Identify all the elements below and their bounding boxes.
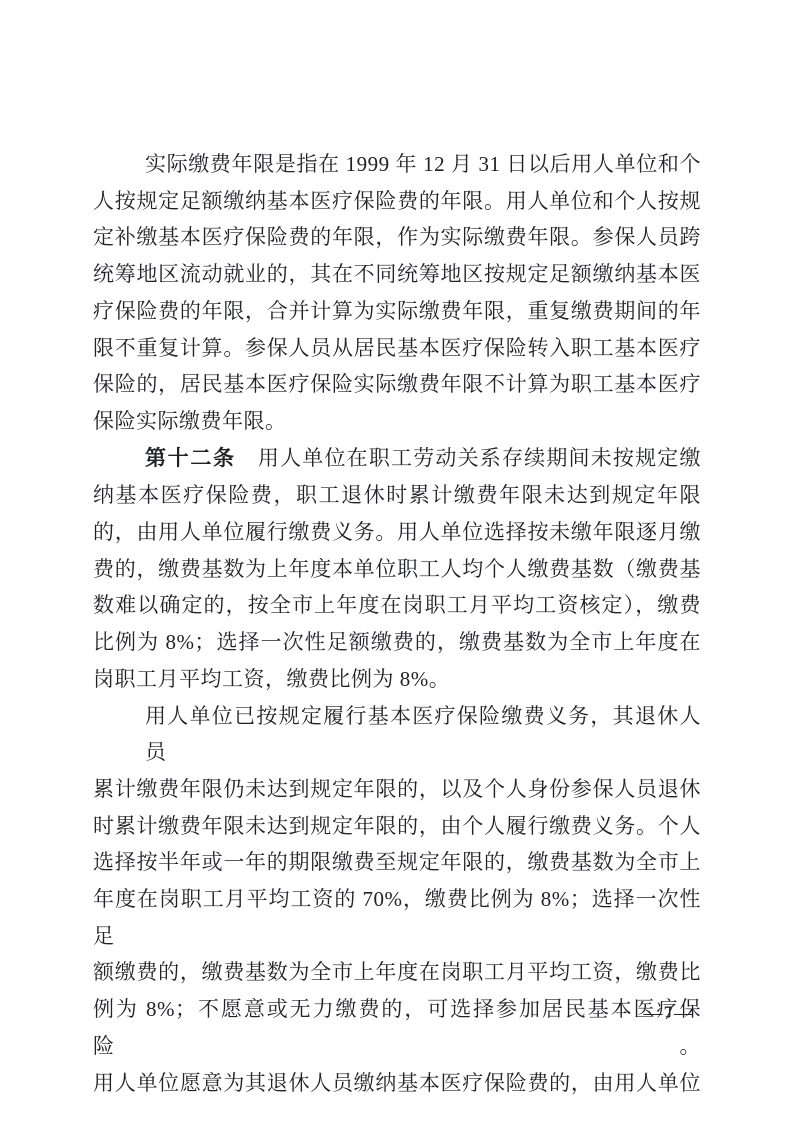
text-line: 时累计缴费年限未达到规定年限的，由个人履行缴费义务。个人 xyxy=(93,808,701,845)
text-line: 额缴费的，缴费基数为全市上年度在岗职工月平均工资，缴费比 xyxy=(93,954,701,991)
text-line: 例为 8%；不愿意或无力缴费的，可选择参加居民基本医疗保险。 xyxy=(93,991,701,1064)
text-line: 用人单位已按规定履行基本医疗保险缴费义务，其退休人员 xyxy=(93,698,701,771)
text-line: 保险实际缴费年限。 xyxy=(93,403,701,440)
text-line: 用人单位愿意为其退休人员缴纳基本医疗保险费的，由用人单位 xyxy=(93,1065,701,1102)
text-line: 费的，缴费基数为上年度本单位职工人均个人缴费基数（缴费基 xyxy=(93,551,701,588)
text-line: 疗保险费的年限，合并计算为实际缴费年限，重复缴费期间的年 xyxy=(93,293,701,330)
text-line: 比例为 8%；选择一次性足额缴费的，缴费基数为全市上年度在 xyxy=(93,624,701,661)
document-body: 实际缴费年限是指在 1999 年 12 月 31 日以后用人单位和个 人按规定足… xyxy=(93,146,701,1101)
paragraph-employer-fulfilled-obligation: 用人单位已按规定履行基本医疗保险缴费义务，其退休人员 累计缴费年限仍未达到规定年… xyxy=(93,698,701,1102)
text-line: 保险的，居民基本医疗保险实际缴费年限不计算为职工基本医疗 xyxy=(93,366,701,403)
text-line: 岗职工月平均工资，缴费比例为 8%。 xyxy=(93,661,701,698)
text-line: 人按规定足额缴纳基本医疗保险费的年限。用人单位和个人按规 xyxy=(93,183,701,220)
article-number-heading: 第十二条 xyxy=(145,447,236,470)
article-line-text: 用人单位在职工劳动关系存续期间未按规定缴 xyxy=(236,446,701,470)
paragraph-actual-payment-years: 实际缴费年限是指在 1999 年 12 月 31 日以后用人单位和个 人按规定足… xyxy=(93,146,701,440)
text-line: 年度在岗职工月平均工资的 70%，缴费比例为 8%；选择一次性足 xyxy=(93,881,701,954)
text-line: 数难以确定的，按全市上年度在岗职工月平均工资核定），缴费 xyxy=(93,587,701,624)
text-line: 统筹地区流动就业的，其在不同统筹地区按规定足额缴纳基本医 xyxy=(93,256,701,293)
text-line: 限不重复计算。参保人员从居民基本医疗保险转入职工基本医疗 xyxy=(93,330,701,367)
text-line: 定补缴基本医疗保险费的年限，作为实际缴费年限。参保人员跨 xyxy=(93,219,701,256)
text-line: 累计缴费年限仍未达到规定年限的，以及个人身份参保人员退休 xyxy=(93,771,701,808)
page-number: —7— xyxy=(644,1003,695,1025)
text-line: 第十二条 用人单位在职工劳动关系存续期间未按规定缴 xyxy=(93,440,701,478)
text-line: 选择按半年或一年的期限缴费至规定年限的，缴费基数为全市上 xyxy=(93,844,701,881)
text-line: 纳基本医疗保险费，职工退休时累计缴费年限未达到规定年限 xyxy=(93,477,701,514)
document-page: 实际缴费年限是指在 1999 年 12 月 31 日以后用人单位和个 人按规定足… xyxy=(0,0,794,1123)
text-line: 实际缴费年限是指在 1999 年 12 月 31 日以后用人单位和个 xyxy=(93,146,701,183)
paragraph-article-12: 第十二条 用人单位在职工劳动关系存续期间未按规定缴 纳基本医疗保险费，职工退休时… xyxy=(93,440,701,698)
text-line: 的，由用人单位履行缴费义务。用人单位选择按未缴年限逐月缴 xyxy=(93,514,701,551)
